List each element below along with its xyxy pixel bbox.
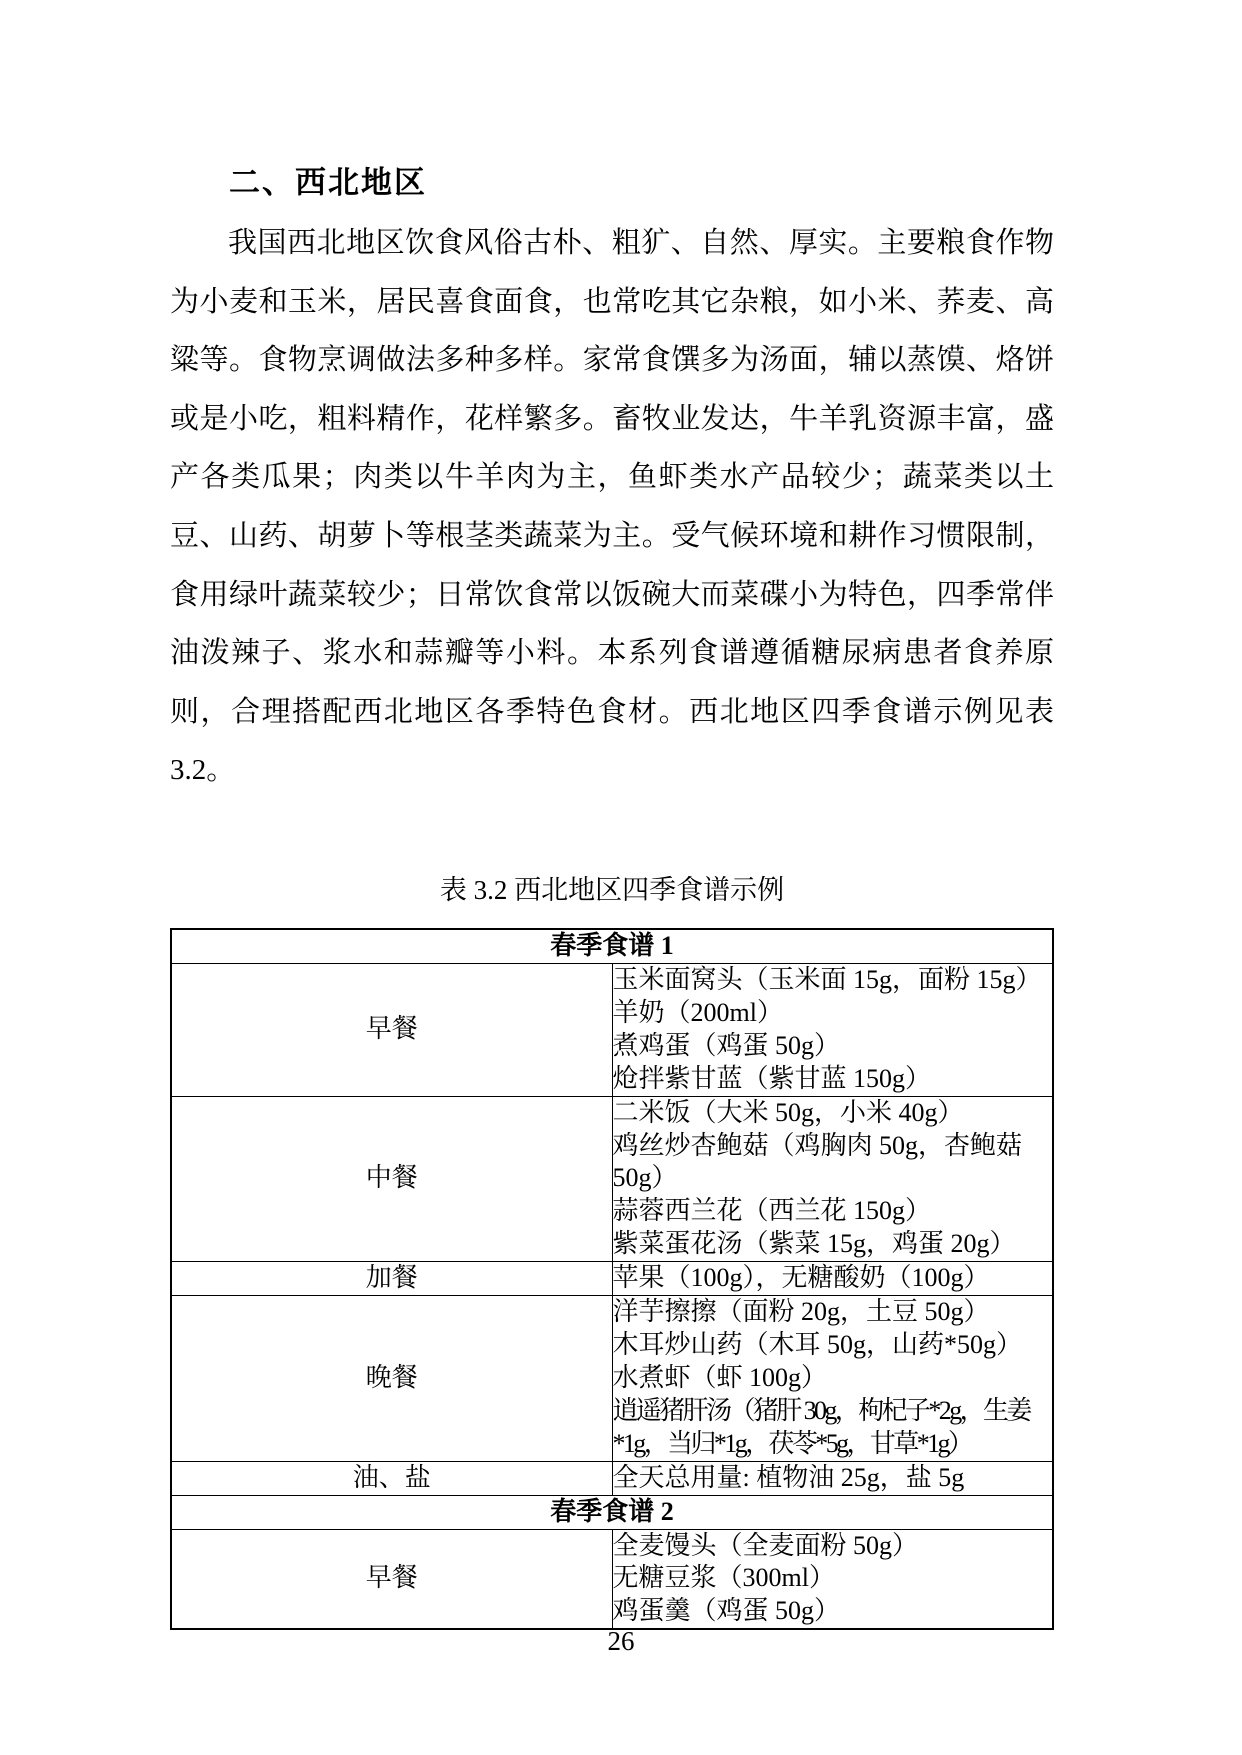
table-row: 加餐苹果（100g），无糖酸奶（100g） [171, 1262, 1053, 1296]
meal-item: 全麦馒头（全麦面粉 50g） [613, 1530, 1053, 1563]
meal-item: 炝拌紫甘蓝（紫甘蓝 150g） [613, 1063, 1053, 1096]
meal-item: 鸡蛋羹（鸡蛋 50g） [613, 1595, 1053, 1628]
table-row: 晚餐洋芋擦擦（面粉 20g，土豆 50g）木耳炒山药（木耳 50g，山药*50g… [171, 1296, 1053, 1462]
table-caption: 表 3.2 西北地区四季食谱示例 [170, 868, 1054, 907]
table-section-header-row: 春季食谱 2 [171, 1495, 1053, 1529]
meal-item: 鸡丝炒杏鲍菇（鸡胸肉 50g，杏鲍菇 50g） [613, 1130, 1053, 1196]
meal-label: 早餐 [171, 964, 612, 1097]
table-row: 油、盐全天总用量: 植物油 25g，盐 5g [171, 1461, 1053, 1495]
meal-items-cell: 洋芋擦擦（面粉 20g，土豆 50g）木耳炒山药（木耳 50g，山药*50g）水… [612, 1296, 1053, 1462]
meal-item: 苹果（100g），无糖酸奶（100g） [613, 1262, 1053, 1295]
table-section-header: 春季食谱 2 [171, 1495, 1053, 1529]
table-row: 中餐二米饭（大米 50g，小米 40g）鸡丝炒杏鲍菇（鸡胸肉 50g，杏鲍菇 5… [171, 1096, 1053, 1262]
meal-label: 早餐 [171, 1529, 612, 1629]
meal-items-cell: 玉米面窝头（玉米面 15g，面粉 15g）羊奶（200ml）煮鸡蛋（鸡蛋 50g… [612, 964, 1053, 1097]
meal-items-cell: 全麦馒头（全麦面粉 50g）无糖豆浆（300ml）鸡蛋羹（鸡蛋 50g） [612, 1529, 1053, 1629]
meal-items-cell: 苹果（100g），无糖酸奶（100g） [612, 1262, 1053, 1296]
meal-item: 无糖豆浆（300ml） [613, 1562, 1053, 1595]
meal-item: 逍遥猪肝汤（猪肝 30g，枸杞子*2g，生姜*1g，当归*1g，茯苓*5g，甘草… [613, 1395, 1053, 1461]
meal-item: 玉米面窝头（玉米面 15g，面粉 15g） [613, 964, 1053, 997]
table-section-header-row: 春季食谱 1 [171, 929, 1053, 964]
meal-item: 全天总用量: 植物油 25g，盐 5g [613, 1462, 1053, 1495]
meal-label: 油、盐 [171, 1461, 612, 1495]
meal-label: 中餐 [171, 1096, 612, 1262]
table-section-header: 春季食谱 1 [171, 929, 1053, 964]
meal-item: 羊奶（200ml） [613, 997, 1053, 1030]
meal-item: 水煮虾（虾 100g） [613, 1362, 1053, 1395]
meal-item: 木耳炒山药（木耳 50g，山药*50g） [613, 1329, 1053, 1362]
meal-items-cell: 全天总用量: 植物油 25g，盐 5g [612, 1461, 1053, 1495]
meal-label: 加餐 [171, 1262, 612, 1296]
meal-item: 洋芋擦擦（面粉 20g，土豆 50g） [613, 1296, 1053, 1329]
meal-item: 二米饭（大米 50g，小米 40g） [613, 1097, 1053, 1130]
meal-label: 晚餐 [171, 1296, 612, 1462]
page-number: 26 [0, 1626, 1242, 1657]
section-heading: 二、西北地区 [229, 157, 427, 202]
document-page: { "heading": "二、西北地区", "paragraph": "我国西… [0, 0, 1242, 1755]
menu-table: 春季食谱 1早餐玉米面窝头（玉米面 15g，面粉 15g）羊奶（200ml）煮鸡… [170, 928, 1054, 1630]
meal-item: 煮鸡蛋（鸡蛋 50g） [613, 1030, 1053, 1063]
meal-item: 紫菜蛋花汤（紫菜 15g，鸡蛋 20g） [613, 1228, 1053, 1261]
meal-item: 蒜蓉西兰花（西兰花 150g） [613, 1195, 1053, 1228]
table-row: 早餐全麦馒头（全麦面粉 50g）无糖豆浆（300ml）鸡蛋羹（鸡蛋 50g） [171, 1529, 1053, 1629]
table-row: 早餐玉米面窝头（玉米面 15g，面粉 15g）羊奶（200ml）煮鸡蛋（鸡蛋 5… [171, 964, 1053, 1097]
body-paragraph: 我国西北地区饮食风俗古朴、粗犷、自然、厚实。主要粮食作物为小麦和玉米，居民喜食面… [170, 214, 1054, 800]
meal-items-cell: 二米饭（大米 50g，小米 40g）鸡丝炒杏鲍菇（鸡胸肉 50g，杏鲍菇 50g… [612, 1096, 1053, 1262]
